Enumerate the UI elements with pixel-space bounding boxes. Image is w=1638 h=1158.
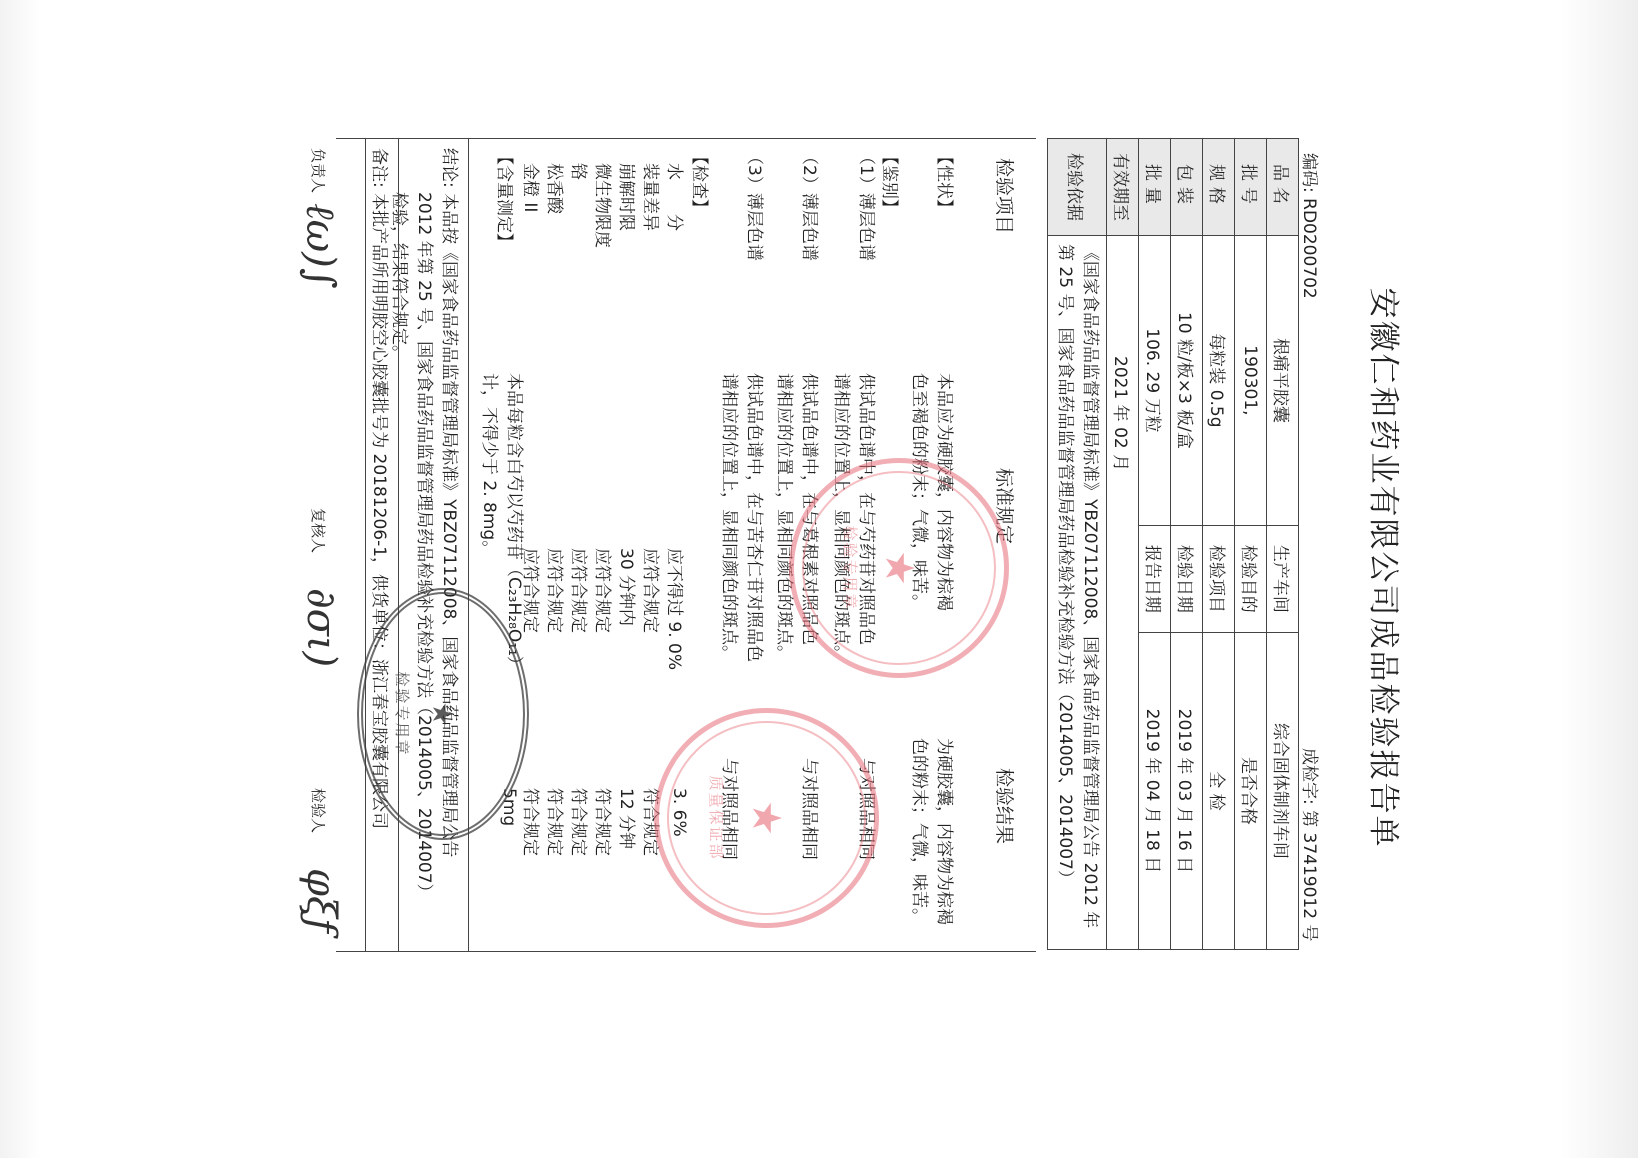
assay-standard-line-1: 本品每粒含白芍以芍药苷（C₂₃H₂₈O₁₁） [504,373,529,673]
report-number: 成检字: 第 37419012 号 [1299,748,1324,941]
basis-value: 《国家食品药品监督管理局标准》YBZ07112008、国家食品药品监督管理局公告… [1048,236,1107,950]
test-date-value: 2019 年 03 月 16 日 [1171,632,1203,949]
character-result-line-2: 色的粉末；气微，味苦。 [909,738,934,925]
stamp-label: 检验专用章 [392,671,413,756]
section-heading-assay: 【含量测定】 [494,148,519,250]
reviewer-signature: ∂σι) [298,588,344,667]
reviewer-label: 复核人 [308,508,329,553]
item-label: 检验项目 [1203,525,1235,632]
identification-item-1: （1）薄层色谱 [856,148,881,261]
inspection-item-name: 松香酸 [544,163,569,214]
inspection-item-result: 符合规定 [544,788,569,856]
document-code: 编码: RD0200702 [1299,153,1324,299]
stamp-label: 检验专用章 [840,525,861,610]
table-row: 规格 每粒装 0.5g 检验项目 全 检 [1203,139,1235,950]
purpose-value: 是否合格 [1235,632,1267,949]
note-label: 备注: [369,148,389,188]
section-heading-identification: 【鉴别】 [879,148,904,216]
inspector-label: 检验人 [308,788,329,833]
batch-no-label: 批号 [1235,139,1267,236]
purpose-label: 检验目的 [1235,525,1267,632]
inspection-item-result: 12 分钟 [616,788,641,849]
identification-2-standard-2: 谱相应的位置上，显相同颜色的斑点。 [774,373,799,662]
table-row: 品名 根痛平胶囊 生产车间 综合固体制剂车间 [1267,139,1299,950]
stamp-label: 质量保证部 [706,775,727,860]
red-company-stamp: ★ 检验专用章 [789,458,1009,678]
identification-3-standard-2: 谱相应的位置上，显相同颜色的斑点。 [719,373,744,662]
table-row: 批量 106. 29 万粒 报告日期 2019 年 04 月 18 日 [1139,139,1171,950]
package-label: 包装 [1171,139,1203,236]
workshop-value: 综合固体制剂车间 [1267,632,1299,949]
inspection-item-standard: 应符合规定 [568,548,593,633]
red-qa-stamp: ★ 质量保证部 [654,708,879,928]
inspection-item-result: 符合规定 [520,788,545,856]
report-title: 安徽仁和药业有限公司成品检验报告单 [1364,138,1409,998]
inspection-item-name: 微生物限度 [592,163,617,248]
inspection-item-standard: 应符合规定 [640,548,665,633]
identification-item-2: （2）薄层色谱 [799,148,824,261]
quantity-value: 106. 29 万粒 [1139,236,1171,526]
inspection-item-standard: 30 分钟内 [616,548,641,626]
inspection-item-result: 符合规定 [592,788,617,856]
workshop-label: 生产车间 [1267,525,1299,632]
table-row: 批号 190301, 检验目的 是否合格 [1235,139,1267,950]
inspector-signature: φξƒ [298,868,344,933]
expiry-value: 2021 年 02 月 [1107,236,1139,950]
responsible-signature: ℓω)∫ [297,203,344,289]
expiry-label: 有效期至 [1107,139,1139,236]
inspection-item-name: 装量差异 [640,163,665,231]
inspection-item-name: 崩解时限 [616,163,641,231]
table-row: 包装 10 粒/板×3 板/盒 检验日期 2019 年 03 月 16 日 [1171,139,1203,950]
identification-item-3: （3）薄层色谱 [744,148,769,261]
inspection-item-result: 符合规定 [568,788,593,856]
test-date-label: 检验日期 [1171,525,1203,632]
inspection-report-page: 安徽仁和药业有限公司成品检验报告单 编码: RD0200702 成检字: 第 3… [149,0,1529,1148]
quantity-label: 批量 [1139,139,1171,236]
spec-label: 规格 [1203,139,1235,236]
inspection-item-standard: 应符合规定 [592,548,617,633]
inspection-item-name: 水 分 [664,163,689,231]
report-date-label: 报告日期 [1139,525,1171,632]
column-header-item: 检验项目 [992,158,1019,234]
black-inspection-stamp: ★ 检验专用章 [357,588,529,840]
section-heading-character: 【性状】 [934,148,959,216]
star-icon: ★ [427,701,460,726]
batch-no-value: 190301, [1235,236,1267,526]
conclusion-label: 结论: [439,148,459,188]
responsible-label: 负责人 [308,148,329,193]
inspection-item-standard: 应不得过 9. 0% [664,548,689,670]
column-header-result: 检验结果 [992,768,1019,844]
table-row: 检验依据 《国家食品药品监督管理局标准》YBZ07112008、国家食品药品监督… [1048,139,1107,950]
item-value: 全 检 [1203,632,1235,949]
inspection-item-standard: 应符合规定 [544,548,569,633]
character-result-line-1: 为硬胶囊，内容物为棕褐 [934,738,959,925]
report-date-value: 2019 年 04 月 18 日 [1139,632,1171,949]
section-heading-inspection: 【检查】 [689,148,714,216]
inspection-item-name: 金橙 II [520,163,545,212]
product-name-label: 品名 [1267,139,1299,236]
assay-standard-line-2: 计，不得少于 2. 8mg。 [479,373,504,557]
package-value: 10 粒/板×3 板/盒 [1171,236,1203,526]
inspection-item-name: 铬 [568,163,593,180]
product-info-table: 品名 根痛平胶囊 生产车间 综合固体制剂车间 批号 190301, 检验目的 是… [1047,138,1299,950]
product-name-value: 根痛平胶囊 [1267,236,1299,526]
basis-label: 检验依据 [1048,139,1107,236]
table-row: 有效期至 2021 年 02 月 [1107,139,1139,950]
identification-3-standard-1: 供试品色谱中，在与苦杏仁苷对照品色 [744,373,769,662]
spec-value: 每粒装 0.5g [1203,236,1235,526]
